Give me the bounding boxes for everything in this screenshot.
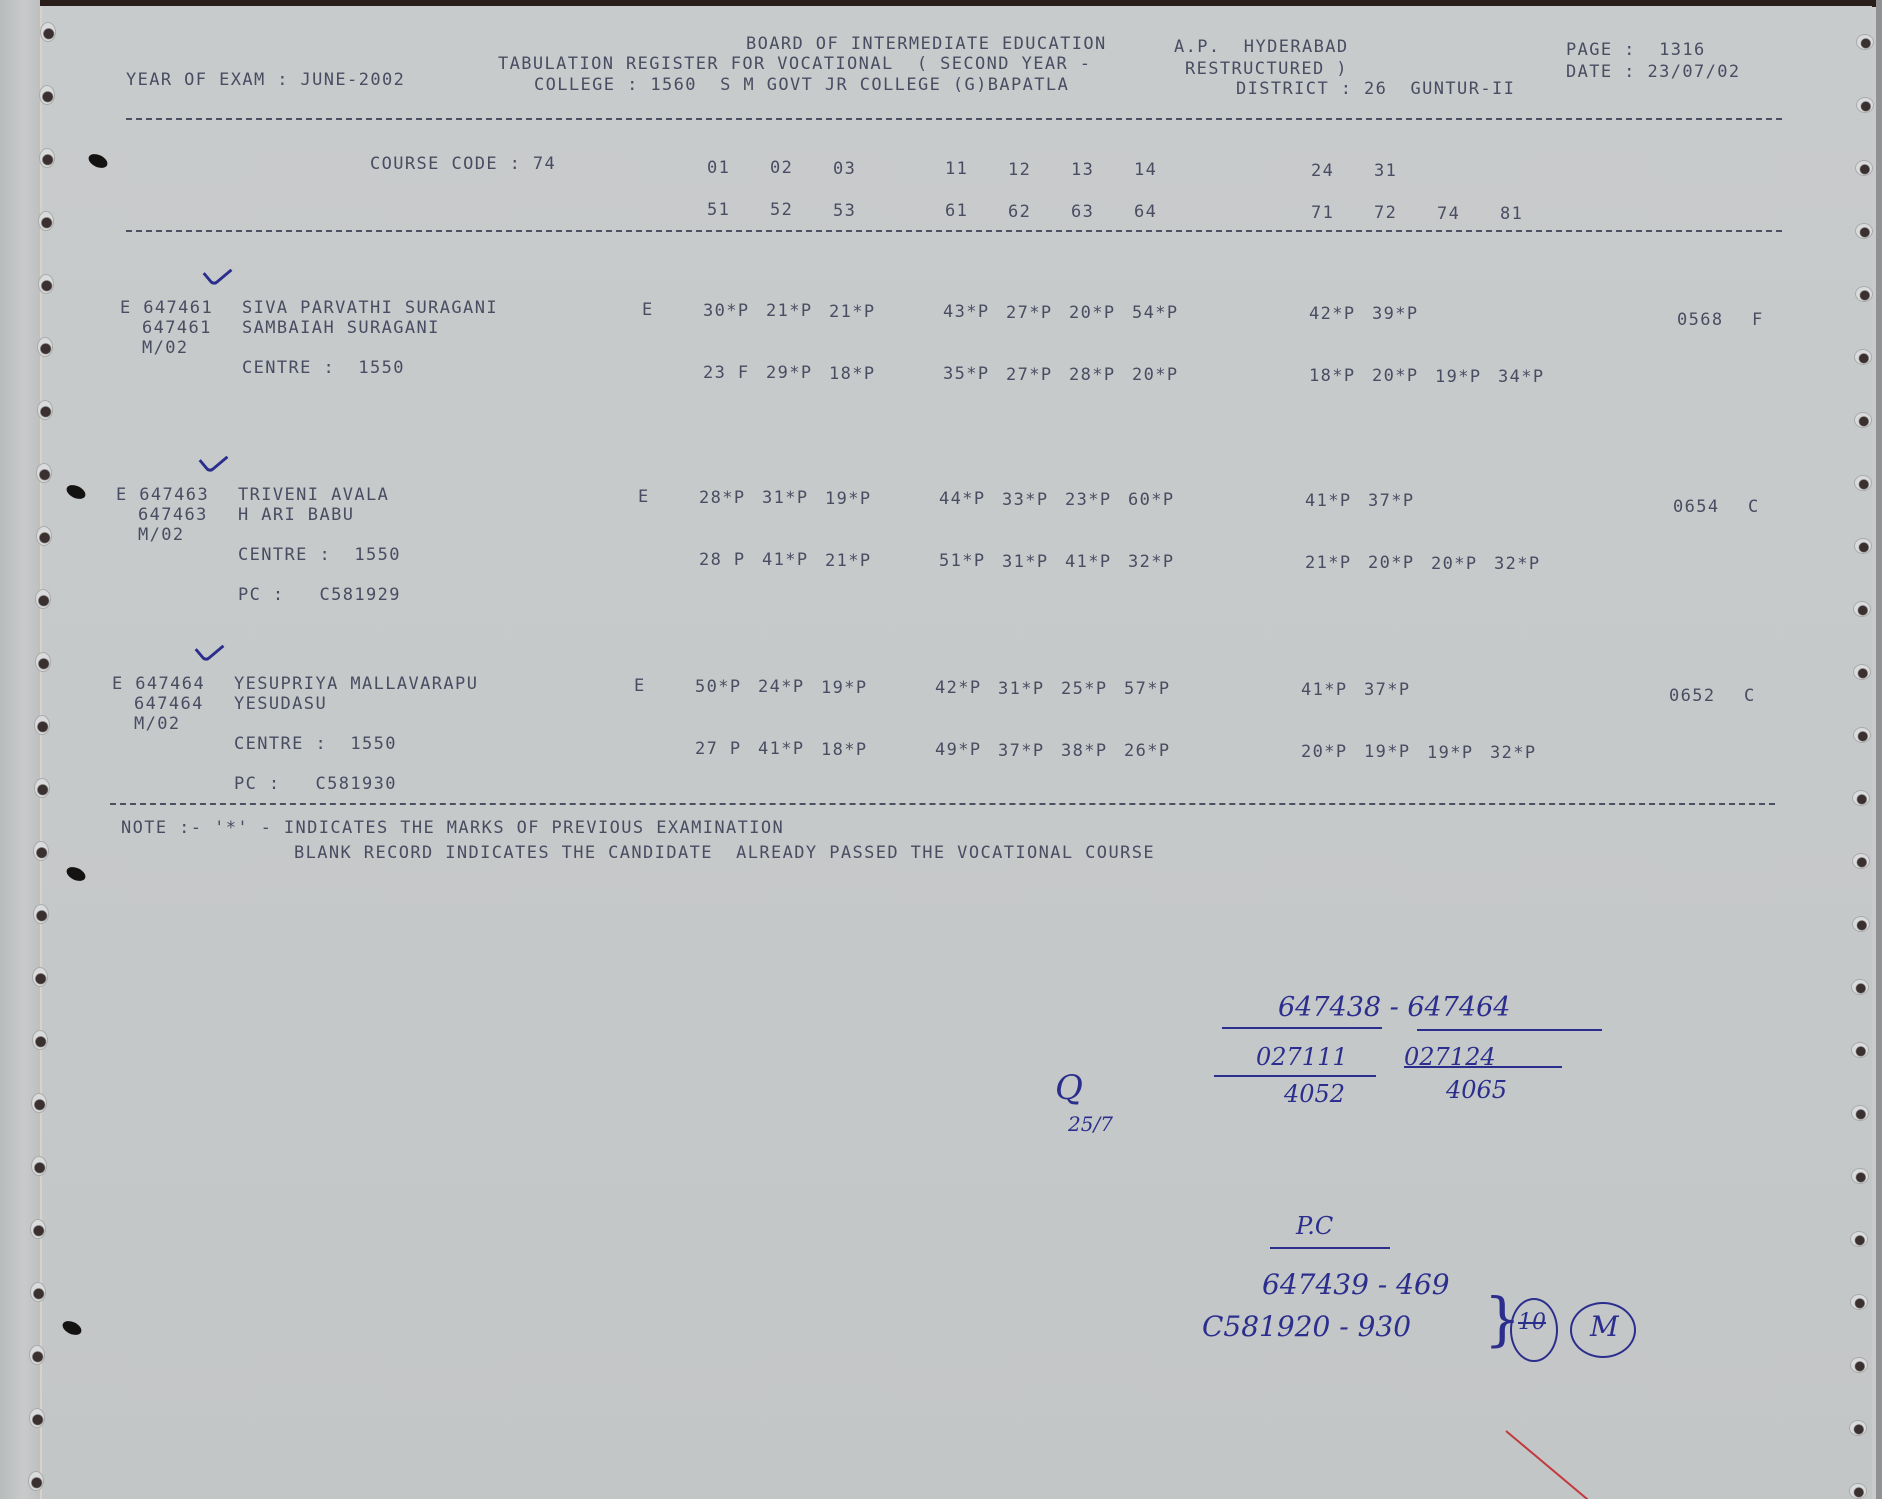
- handwritten-stamp-1: 10: [1518, 1310, 1546, 1335]
- result-grade: C: [1748, 497, 1760, 517]
- mark-cell: 37*P: [1364, 680, 1411, 700]
- perforation-hole: [1850, 1294, 1868, 1310]
- mark-cell: 41*P: [758, 739, 805, 759]
- district-info: DISTRICT : 26 GUNTUR-II: [1236, 79, 1515, 99]
- perforation-hole: [1855, 286, 1873, 302]
- mark-cell: 23*P: [1065, 490, 1112, 510]
- language-code: E: [634, 676, 646, 696]
- perforation-hole: [1854, 538, 1872, 554]
- perforation-hole: [35, 652, 51, 672]
- hw-underline: [1417, 1029, 1602, 1031]
- mark-cell: 29*P: [766, 363, 813, 383]
- hw-underline: [1404, 1066, 1562, 1068]
- mark-cell: 27*P: [1006, 303, 1053, 323]
- registration-number: 647463: [138, 505, 208, 525]
- subject-code: 12: [1008, 160, 1031, 180]
- footer-divider: [110, 803, 1775, 805]
- mark-cell: 44*P: [939, 489, 986, 509]
- mark-cell: 20*P: [1132, 365, 1179, 385]
- handwritten-range: 647438 - 647464: [1278, 992, 1510, 1023]
- handwritten-pc-range-1: 647439 - 469: [1262, 1268, 1450, 1301]
- mark-cell: 34*P: [1498, 367, 1545, 387]
- mark-cell: 33*P: [1002, 490, 1049, 510]
- course-code: COURSE CODE : 74: [370, 154, 556, 174]
- perforation-hole: [32, 1030, 48, 1050]
- mark-cell: 31*P: [762, 488, 809, 508]
- mark-cell: 31*P: [1002, 552, 1049, 572]
- perforation-hole: [1850, 1357, 1868, 1373]
- header-divider: [126, 118, 1782, 120]
- pc-number: PC : C581930: [234, 774, 397, 794]
- perforation-hole: [34, 715, 50, 735]
- father-name: YESUDASU: [234, 694, 327, 714]
- page-number: PAGE : 1316: [1566, 40, 1706, 60]
- note-line-2: BLANK RECORD INDICATES THE CANDIDATE ALR…: [294, 843, 1155, 863]
- hw-underline: [1222, 1027, 1382, 1029]
- mark-cell: 41*P: [1301, 680, 1348, 700]
- page-right-edge: [1876, 0, 1882, 1499]
- mark-cell: 27*P: [1006, 365, 1053, 385]
- mark-cell: 21*P: [766, 301, 813, 321]
- subject-code: 74: [1437, 204, 1460, 224]
- subject-code: 24: [1311, 161, 1334, 181]
- subject-code: 03: [833, 159, 856, 179]
- mark-cell: 38*P: [1061, 741, 1108, 761]
- handwritten-pc-label: P.C: [1296, 1212, 1333, 1240]
- exam-centre: CENTRE : 1550: [238, 545, 401, 565]
- handwritten-right-sum: 4065: [1446, 1076, 1507, 1104]
- perforation-hole: [30, 1219, 46, 1239]
- mark-cell: 37*P: [1368, 491, 1415, 511]
- mark-cell: 20*P: [1301, 742, 1348, 762]
- perforation-hole: [38, 274, 54, 294]
- mark-cell: 28 P: [699, 550, 746, 570]
- subject-code: 01: [707, 158, 730, 178]
- mark-cell: 43*P: [943, 302, 990, 322]
- candidate-name: YESUPRIYA MALLAVARAPU: [234, 674, 478, 694]
- subject-code: 63: [1071, 202, 1094, 222]
- mark-cell: 57*P: [1124, 679, 1171, 699]
- mark-cell: 19*P: [825, 489, 872, 509]
- mark-cell: 28*P: [1069, 365, 1116, 385]
- candidate-name: TRIVENI AVALA: [238, 485, 389, 505]
- perforation-hole: [36, 526, 52, 546]
- mark-cell: 20*P: [1368, 553, 1415, 573]
- subject-code: 53: [833, 201, 856, 221]
- perforation-hole: [37, 400, 53, 420]
- year-of-exam: YEAR OF EXAM : JUNE-2002: [126, 70, 405, 90]
- subject-code: 72: [1374, 203, 1397, 223]
- perforation-hole: [37, 337, 53, 357]
- mark-cell: 24*P: [758, 677, 805, 697]
- subject-code: 61: [945, 201, 968, 221]
- perforation-hole: [1852, 916, 1870, 932]
- subject-code: 81: [1500, 204, 1523, 224]
- perforation-hole: [30, 1282, 46, 1302]
- perforation-hole: [35, 589, 51, 609]
- perforation-hole: [1853, 601, 1871, 617]
- register-title: TABULATION REGISTER FOR VOCATIONAL ( SEC…: [498, 54, 1091, 74]
- result-grade: C: [1744, 686, 1756, 706]
- handwritten-left-sum: 4052: [1284, 1080, 1345, 1108]
- mark-cell: 20*P: [1372, 366, 1419, 386]
- perforation-hole: [1854, 412, 1872, 428]
- candidate-name: SIVA PARVATHI SURAGANI: [242, 298, 498, 318]
- mark-cell: 42*P: [1309, 304, 1356, 324]
- mark-cell: 18*P: [829, 364, 876, 384]
- mark-cell: 18*P: [821, 740, 868, 760]
- perforation-hole: [1854, 475, 1872, 491]
- mark-cell: 19*P: [1364, 742, 1411, 762]
- language-code: E: [638, 487, 650, 507]
- medium-code: M/02: [138, 525, 185, 545]
- binding-strip: [0, 0, 40, 1499]
- mark-cell: 35*P: [943, 364, 990, 384]
- mark-cell: 41*P: [1305, 491, 1352, 511]
- perforation-hole: [39, 85, 55, 105]
- mark-cell: 32*P: [1494, 554, 1541, 574]
- hall-ticket-number: E 647463: [116, 485, 209, 505]
- print-date: DATE : 23/07/02: [1566, 62, 1741, 82]
- perforation-hole: [28, 1471, 44, 1491]
- mark-cell: 21*P: [1305, 553, 1352, 573]
- perforation-hole: [1856, 34, 1874, 50]
- handwritten-initials-date: 25/7: [1068, 1112, 1113, 1136]
- mark-cell: 51*P: [939, 551, 986, 571]
- subject-code: 02: [770, 158, 793, 178]
- subject-code: 71: [1311, 203, 1334, 223]
- exam-centre: CENTRE : 1550: [234, 734, 397, 754]
- handwritten-pc-range-2: C581920 - 930: [1202, 1310, 1411, 1343]
- hall-ticket-number: E 647464: [112, 674, 205, 694]
- subject-code: 31: [1374, 161, 1397, 181]
- handwritten-initials: Q: [1055, 1068, 1083, 1108]
- perforation-hole: [40, 22, 56, 42]
- handwritten-left-num: 027111: [1256, 1043, 1348, 1071]
- subject-code: 62: [1008, 202, 1031, 222]
- note-line-1: NOTE :- '*' - INDICATES THE MARKS OF PRE…: [121, 818, 784, 838]
- father-name: SAMBAIAH SURAGANI: [242, 318, 440, 338]
- subject-code: 13: [1071, 160, 1094, 180]
- subject-code: 52: [770, 200, 793, 220]
- perforation-hole: [39, 148, 55, 168]
- total-marks: 0654: [1673, 497, 1720, 517]
- perforation-hole: [1852, 853, 1870, 869]
- registration-number: 647461: [142, 318, 212, 338]
- perforation-hole: [1849, 1420, 1867, 1436]
- mark-cell: 23 F: [703, 363, 750, 383]
- perforation-hole: [1851, 1168, 1869, 1184]
- perforation-hole: [31, 1156, 47, 1176]
- mark-cell: 50*P: [695, 677, 742, 697]
- medium-code: M/02: [142, 338, 189, 358]
- perforation-hole: [1855, 160, 1873, 176]
- perforation-hole: [33, 841, 49, 861]
- perforation-hole: [1852, 790, 1870, 806]
- mark-cell: 49*P: [935, 740, 982, 760]
- result-grade: F: [1752, 310, 1764, 330]
- perforation-hole: [31, 1093, 47, 1113]
- columns-divider: [126, 230, 1782, 232]
- perforation-hole: [33, 904, 49, 924]
- mark-cell: 41*P: [762, 550, 809, 570]
- mark-cell: 25*P: [1061, 679, 1108, 699]
- father-name: H ARI BABU: [238, 505, 354, 525]
- subject-code: 51: [707, 200, 730, 220]
- perforation-hole: [1849, 1483, 1867, 1499]
- perforation-hole: [32, 967, 48, 987]
- hw-underline: [1214, 1075, 1376, 1077]
- total-marks: 0568: [1677, 310, 1724, 330]
- hall-ticket-number: E 647461: [120, 298, 213, 318]
- perforation-hole: [1853, 727, 1871, 743]
- exam-centre: CENTRE : 1550: [242, 358, 405, 378]
- perforation-hole: [1856, 97, 1874, 113]
- mark-cell: 30*P: [703, 301, 750, 321]
- mark-cell: 60*P: [1128, 490, 1175, 510]
- mark-cell: 19*P: [1435, 367, 1482, 387]
- perforation-hole: [1854, 349, 1872, 365]
- perforation-hole: [34, 778, 50, 798]
- mark-cell: 41*P: [1065, 552, 1112, 572]
- perforation-hole: [1851, 979, 1869, 995]
- language-code: E: [642, 300, 654, 320]
- mark-cell: 37*P: [998, 741, 1045, 761]
- college-info: COLLEGE : 1560 S M GOVT JR COLLEGE (G)BA…: [534, 75, 1069, 95]
- mark-cell: 54*P: [1132, 303, 1179, 323]
- total-marks: 0652: [1669, 686, 1716, 706]
- mark-cell: 26*P: [1124, 741, 1171, 761]
- perforation-hole: [36, 463, 52, 483]
- mark-cell: 20*P: [1069, 303, 1116, 323]
- board-location: A.P. HYDERABAD: [1174, 37, 1349, 57]
- subject-code: 64: [1134, 202, 1157, 222]
- mark-cell: 32*P: [1490, 743, 1537, 763]
- mark-cell: 32*P: [1128, 552, 1175, 572]
- mark-cell: 21*P: [825, 551, 872, 571]
- handwritten-stamp-2: M: [1590, 1310, 1619, 1343]
- perforation-hole: [38, 211, 54, 231]
- mark-cell: 19*P: [821, 678, 868, 698]
- mark-cell: 31*P: [998, 679, 1045, 699]
- perforation-hole: [1851, 1042, 1869, 1058]
- mark-cell: 21*P: [829, 302, 876, 322]
- registration-number: 647464: [134, 694, 204, 714]
- perforation-hole: [1853, 664, 1871, 680]
- perforation-hole: [29, 1408, 45, 1428]
- perforation-hole: [1850, 1231, 1868, 1247]
- mark-cell: 28*P: [699, 488, 746, 508]
- hw-underline: [1270, 1247, 1390, 1249]
- mark-cell: 18*P: [1309, 366, 1356, 386]
- perforation-hole: [1855, 223, 1873, 239]
- pc-number: PC : C581929: [238, 585, 401, 605]
- medium-code: M/02: [134, 714, 181, 734]
- mark-cell: 19*P: [1427, 743, 1474, 763]
- mark-cell: 27 P: [695, 739, 742, 759]
- board-title: BOARD OF INTERMEDIATE EDUCATION: [746, 34, 1107, 54]
- mark-cell: 20*P: [1431, 554, 1478, 574]
- perforation-hole: [1851, 1105, 1869, 1121]
- subject-code: 11: [945, 159, 968, 179]
- perforation-hole: [29, 1345, 45, 1365]
- subject-code: 14: [1134, 160, 1157, 180]
- mark-cell: 39*P: [1372, 304, 1419, 324]
- register-restructured: RESTRUCTURED ): [1185, 59, 1348, 79]
- mark-cell: 42*P: [935, 678, 982, 698]
